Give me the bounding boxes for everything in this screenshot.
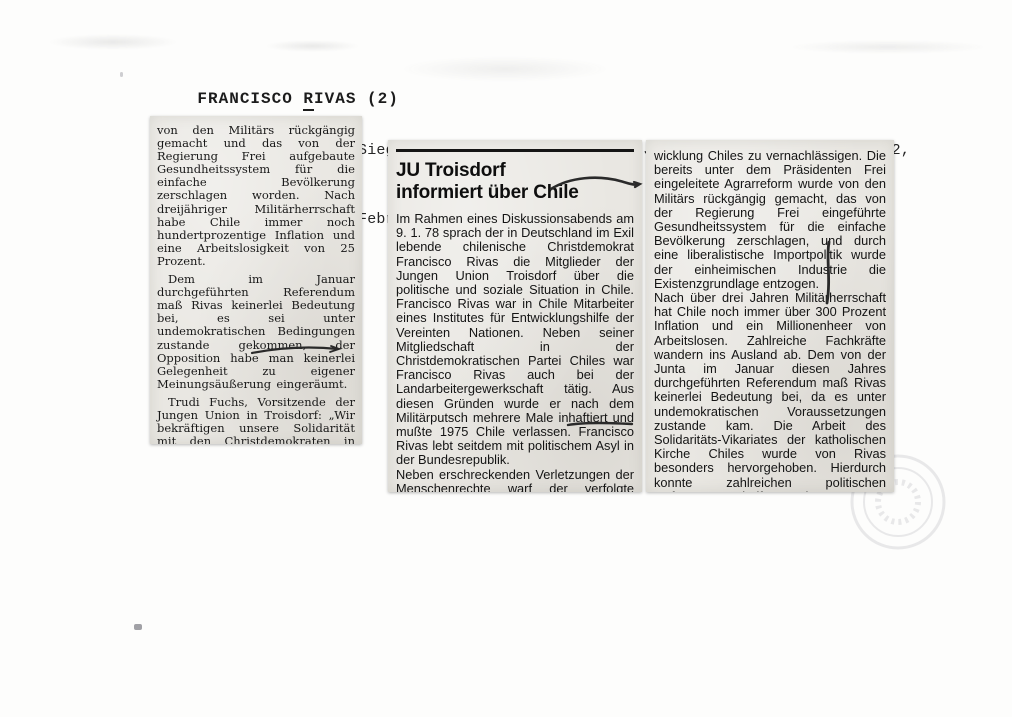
scan-smudge: [788, 40, 988, 54]
scan-smudge: [48, 34, 178, 50]
scan-speck: [134, 624, 142, 630]
scan-smudge: [265, 40, 360, 52]
article-headline: JU Troisdorf informiert über Chile: [396, 160, 634, 204]
page-title-underlined-letter: R: [303, 90, 314, 111]
scan-speck: [120, 72, 123, 77]
clipping-left: von den Militärs rückgängig gemacht und …: [150, 116, 362, 444]
clipping-article-column2: wicklung Chiles zu vernachlässigen. Die …: [646, 140, 894, 492]
clipping-article-column1: JU Troisdorf informiert über Chile Im Ra…: [388, 140, 642, 492]
scanned-document-page: FRANCISCO RIVAS (2) Siegburger Presse, Z…: [0, 0, 1012, 717]
article-paragraph: Neben erschreckenden Verletzungen der Me…: [396, 468, 634, 492]
article-paragraph: Im Rahmen eines Diskussionsabends am 9. …: [396, 212, 634, 468]
page-title-text: FRANCISCO: [197, 90, 303, 108]
article-headline-line2: informiert über Chile: [396, 182, 634, 204]
left-clipping-paragraph: von den Militärs rückgängig gemacht und …: [157, 124, 355, 268]
article-headline-line1: JU Troisdorf: [396, 160, 634, 182]
article-column1-body: Im Rahmen eines Diskussionsabends am 9. …: [396, 212, 634, 492]
article-paragraph: wicklung Chiles zu vernachlässigen. Die …: [654, 149, 886, 291]
article-paragraph: Nach über drei Jahren Militärherrschaft …: [654, 291, 886, 492]
left-clipping-paragraph: Dem im Januar durchgeführten Referendum …: [157, 273, 355, 391]
left-clipping-paragraph: Trudi Fuchs, Vorsitzende der Jungen Unio…: [157, 396, 355, 444]
scan-smudge: [400, 56, 610, 82]
headline-rule: [396, 149, 634, 152]
article-column2-body: wicklung Chiles zu vernachlässigen. Die …: [654, 149, 886, 492]
